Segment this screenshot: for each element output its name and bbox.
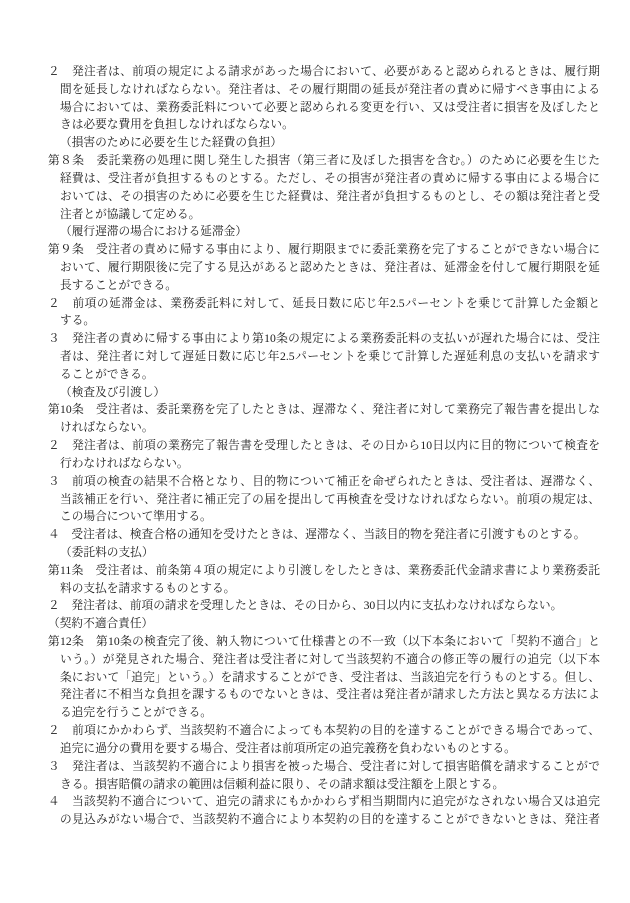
section-heading: （損害のために必要を生じた経費の負担）: [48, 134, 600, 152]
paragraph: 第９条 受注者の責めに帰する事由により、履行期限までに委託業務を完了することがで…: [48, 241, 600, 294]
paragraph: ２ 発注者は、前項の業務完了報告書を受理したときは、その日から10日以内に目的物…: [48, 437, 600, 473]
text-line: ３ 前項の検査の結果不合格となり、目的物について補正を命ぜられたときは、受注者は…: [48, 473, 600, 491]
text-line: る追完を行うことができる。: [48, 704, 600, 722]
paragraph: ４ 受注者は、検査合格の通知を受けたときは、遅滞なく、当該目的物を発注者に引渡す…: [48, 526, 600, 544]
text-line: ２ 前項の延滞金は、業務委託料に対して、延長日数に応じ年2.5パーセントを乗じて…: [48, 295, 600, 313]
text-line: ２ 前項にかかわらず、当該契約不適合によっても本契約の目的を達することができる場…: [48, 722, 600, 740]
text-line: 経費は、受注者が負担するものとする。ただし、その損害が発注者の責めに帰する事由に…: [48, 170, 600, 188]
text-line: ３ 発注者は、当該契約不適合により損害を被った場合、受注者に対して損害賠償を請求…: [48, 758, 600, 776]
text-line: おいては、その損害のために必要を生じた経費は、発注者が負担するものとし、その額は…: [48, 188, 600, 206]
section-heading: （履行遅滞の場合における延滞金）: [48, 223, 600, 241]
text-line: 長することができる。: [48, 277, 600, 295]
text-line: ２ 発注者は、前項の規定による請求があった場合において、必要があると認められると…: [48, 63, 600, 81]
text-line: ４ 当該契約不適合について、追完の請求にもかかわらず相当期間内に追完がなされない…: [48, 793, 600, 811]
contract-document-page: ２ 発注者は、前項の規定による請求があった場合において、必要があると認められると…: [0, 0, 630, 903]
text-line: 間を延長しなければならない。発注者は、その履行期間の延長が発注者の責めに帰すべき…: [48, 81, 600, 99]
text-line: この場合について準用する。: [48, 508, 600, 526]
paragraph: ２ 前項にかかわらず、当該契約不適合によっても本契約の目的を達することができる場…: [48, 722, 600, 758]
document-body: ２ 発注者は、前項の規定による請求があった場合において、必要があると認められると…: [48, 63, 600, 829]
paragraph: ３ 前項の検査の結果不合格となり、目的物について補正を命ぜられたときは、受注者は…: [48, 473, 600, 526]
heading-line: （検査及び引渡し）: [48, 384, 600, 402]
text-line: 追完に過分の費用を要する場合、受注者は前項所定の追完義務を負わないものとする。: [48, 740, 600, 758]
text-line: 第10条 受注者は、委託業務を完了したときは、遅滞なく、発注者に対して業務完了報…: [48, 401, 600, 419]
text-line: する。: [48, 312, 600, 330]
text-line: 第９条 受注者の責めに帰する事由により、履行期限までに委託業務を完了することがで…: [48, 241, 600, 259]
text-line: 発注者に不相当な負担を課するものでないときは、受注者は発注者が請求した方法と異な…: [48, 686, 600, 704]
text-line: 第12条 第10条の検査完了後、納入物について仕様書との不一致（以下本条において…: [48, 633, 600, 651]
text-line: の見込みがない場合で、当該契約不適合により本契約の目的を達することができないとき…: [48, 811, 600, 829]
text-line: いう。）が発見された場合、発注者は受注者に対して当該契約不適合の修正等の履行の追…: [48, 651, 600, 669]
text-line: ３ 発注者の責めに帰する事由により第10条の規定による業務委託料の支払いが遅れた…: [48, 330, 600, 348]
text-line: 注者とが協議して定める。: [48, 206, 600, 224]
text-line: 行わなければならない。: [48, 455, 600, 473]
paragraph: 第11条 受注者は、前条第４項の規定により引渡しをしたときは、業務委託代金請求書…: [48, 562, 600, 598]
text-line: ければならない。: [48, 419, 600, 437]
text-line: 当該補正を行い、発注者に補正完了の届を提出して再検査を受けなければならない。前項…: [48, 491, 600, 509]
text-line: おいて、履行期限後に完了する見込があると認めたときは、発注者は、延滞金を付して履…: [48, 259, 600, 277]
paragraph: ４ 当該契約不適合について、追完の請求にもかかわらず相当期間内に追完がなされない…: [48, 793, 600, 829]
text-line: 第８条 委託業務の処理に関し発生した損害（第三者に及ぼした損害を含む。）のために…: [48, 152, 600, 170]
text-line: きは必要な費用を負担しなければならない。: [48, 116, 600, 134]
paragraph: 第８条 委託業務の処理に関し発生した損害（第三者に及ぼした損害を含む。）のために…: [48, 152, 600, 223]
text-line: ２ 発注者は、前項の業務完了報告書を受理したときは、その日から10日以内に目的物…: [48, 437, 600, 455]
paragraph: 第12条 第10条の検査完了後、納入物について仕様書との不一致（以下本条において…: [48, 633, 600, 722]
heading-line: （履行遅滞の場合における延滞金）: [48, 223, 600, 241]
paragraph: ２ 発注者は、前項の請求を受理したときは、その日から、30日以内に支払わなければ…: [48, 597, 600, 615]
paragraph: 第10条 受注者は、委託業務を完了したときは、遅滞なく、発注者に対して業務完了報…: [48, 401, 600, 437]
text-line: 第11条 受注者は、前条第４項の規定により引渡しをしたときは、業務委託代金請求書…: [48, 562, 600, 580]
paragraph: ３ 発注者の責めに帰する事由により第10条の規定による業務委託料の支払いが遅れた…: [48, 330, 600, 383]
heading-line: （契約不適合責任）: [48, 615, 600, 633]
section-heading: （委託料の支払）: [48, 544, 600, 562]
text-line: 料の支払を請求するものとする。: [48, 580, 600, 598]
text-line: ることができる。: [48, 366, 600, 384]
heading-line: （損害のために必要を生じた経費の負担）: [48, 134, 600, 152]
text-line: 条において「追完」という。）を請求することができ、受注者は、当該追完を行うものと…: [48, 669, 600, 687]
paragraph: ２ 前項の延滞金は、業務委託料に対して、延長日数に応じ年2.5パーセントを乗じて…: [48, 295, 600, 331]
section-heading: （検査及び引渡し）: [48, 384, 600, 402]
heading-line: （委託料の支払）: [48, 544, 600, 562]
section-heading: （契約不適合責任）: [48, 615, 600, 633]
text-line: ２ 発注者は、前項の請求を受理したときは、その日から、30日以内に支払わなければ…: [48, 597, 600, 615]
paragraph: ２ 発注者は、前項の規定による請求があった場合において、必要があると認められると…: [48, 63, 600, 134]
paragraph: ３ 発注者は、当該契約不適合により損害を被った場合、受注者に対して損害賠償を請求…: [48, 758, 600, 794]
text-line: 場合においては、業務委託料について必要と認められる変更を行い、又は受注者に損害を…: [48, 99, 600, 117]
text-line: きる。損害賠償の請求の範囲は信頼利益に限り、その請求額は受注額を上限とする。: [48, 776, 600, 794]
text-line: 者は、発注者に対して遅延日数に応じ年2.5パーセントを乗じて計算した遅延利息の支…: [48, 348, 600, 366]
text-line: ４ 受注者は、検査合格の通知を受けたときは、遅滞なく、当該目的物を発注者に引渡す…: [48, 526, 600, 544]
